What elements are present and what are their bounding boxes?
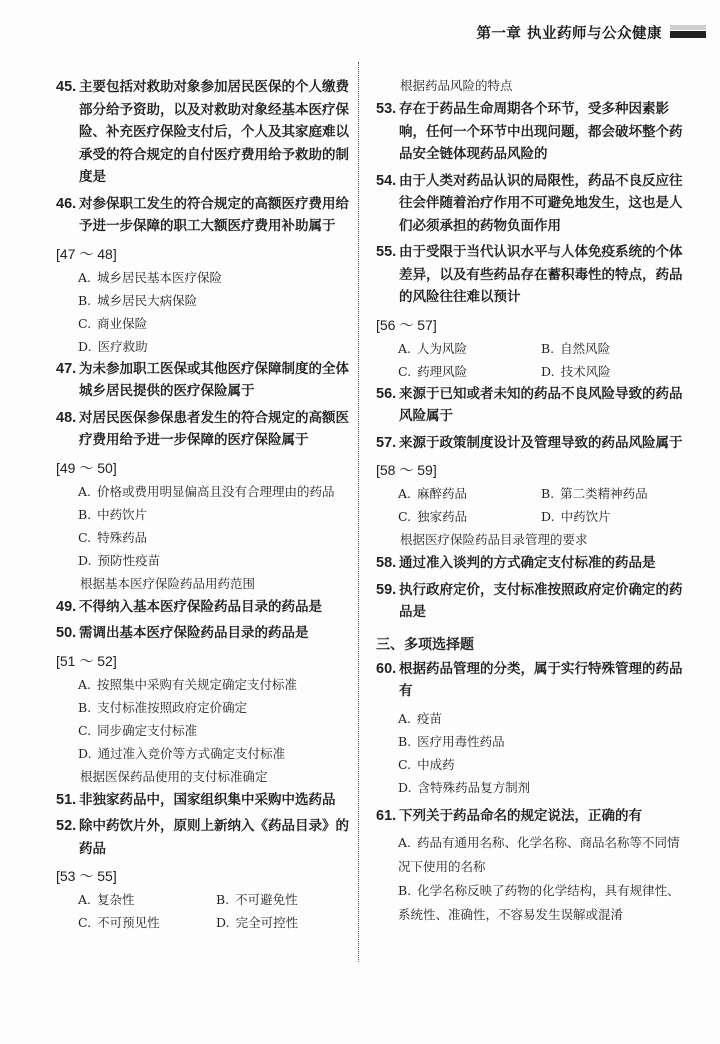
question-number: 45. [56,76,79,189]
question-number: 51. [56,789,79,812]
question-53: 53. 存在于药品生命周期各个环节，受多种因素影响，任何一个环节中出现问题，都会… [376,98,684,166]
option-d: D.通过准入竞价等方式确定支付标准 [56,742,354,765]
question-61: 61. 下列关于药品命名的规定说法，正确的有 [376,805,684,828]
question-55: 55. 由于受限于当代认识水平与人体免疫系统的个体差异，以及有些药品存在蓄积毒性… [376,241,684,309]
option-b: B.化学名称反映了药物的化学结构，具有规律性、系统性、准确性，不容易发生误解或混… [376,879,684,927]
question-57: 57. 来源于政策制度设计及管理导致的药品风险属于 [376,432,684,455]
question-number: 47. [56,358,79,403]
group-instruction: 根据医保药品使用的支付标准确定 [56,765,354,789]
chapter-title: 第一章 执业药师与公众健康 [476,22,662,43]
question-text: 不得纳入基本医疗保险药品目录的药品是 [79,596,354,619]
option-b: B.城乡居民大病保险 [56,289,354,312]
option-c: C.药理风险 [398,360,541,383]
question-56: 56. 来源于已知或者未知的药品不良风险导致的药品风险属于 [376,383,684,428]
question-number: 46. [56,193,79,238]
option-a: A.疫苗 [376,707,684,730]
question-50: 50. 需调出基本医疗保险药品目录的药品是 [56,622,354,645]
left-column: 45. 主要包括对救助对象参加居民医保的个人缴费部分给予资助，以及对救助对象经基… [56,76,354,934]
options-grid: A.麻醉药品 B.第二类精神药品 C.独家药品 D.中药饮片 [376,482,684,528]
option-a: A.城乡居民基本医疗保险 [56,266,354,289]
question-text: 对参保职工发生的符合规定的高额医疗费用给予进一步保障的职工大额医疗费用补助属于 [79,193,354,238]
option-a: A.药品有通用名称、化学名称、商品名称等不同情况下使用的名称 [376,831,684,879]
option-c: C.特殊药品 [56,526,354,549]
question-46: 46. 对参保职工发生的符合规定的高额医疗费用给予进一步保障的职工大额医疗费用补… [56,193,354,238]
question-text: 由于受限于当代认识水平与人体免疫系统的个体差异，以及有些药品存在蓄积毒性的特点，… [399,241,684,309]
question-text: 除中药饮片外，原则上新纳入《药品目录》的药品 [79,815,354,860]
group-label-51-52: [51 ～ 52] [56,651,354,671]
option-b: B.支付标准按照政府定价确定 [56,696,354,719]
question-text: 存在于药品生命周期各个环节，受多种因素影响，任何一个环节中出现问题，都会破坏整个… [399,98,684,166]
question-number: 48. [56,407,79,452]
option-b: B.不可避免性 [216,888,354,911]
section-title: 三、多项选择题 [376,634,684,654]
option-c: C.不可预见性 [78,911,216,934]
group-instruction: 根据基本医疗保险药品用药范围 [56,572,354,596]
question-text: 非独家药品中，国家组织集中采购中选药品 [79,789,354,812]
question-number: 55. [376,241,399,309]
option-b: B.自然风险 [541,337,684,360]
question-51: 51. 非独家药品中，国家组织集中采购中选药品 [56,789,354,812]
option-b: B.医疗用毒性药品 [376,730,684,753]
group-label-56-57: [56 ～ 57] [376,315,684,335]
option-c: C.中成药 [376,753,684,776]
option-b: B.第二类精神药品 [541,482,684,505]
question-text: 为未参加职工医保或其他医疗保障制度的全体城乡居民提供的医疗保险属于 [79,358,354,403]
option-d: D.中药饮片 [541,505,684,528]
question-58: 58. 通过准入谈判的方式确定支付标准的药品是 [376,552,684,575]
question-text: 由于人类对药品认识的局限性，药品不良反应往往会伴随着治疗作用不可避免地发生，这也… [399,170,684,238]
option-a: A.人为风险 [398,337,541,360]
question-text: 下列关于药品命名的规定说法，正确的有 [399,805,684,828]
question-60: 60. 根据药品管理的分类，属于实行特殊管理的药品有 [376,658,684,703]
question-number: 61. [376,805,399,828]
question-54: 54. 由于人类对药品认识的局限性，药品不良反应往往会伴随着治疗作用不可避免地发… [376,170,684,238]
question-text: 来源于已知或者未知的药品不良风险导致的药品风险属于 [399,383,684,428]
question-45: 45. 主要包括对救助对象参加居民医保的个人缴费部分给予资助，以及对救助对象经基… [56,76,354,189]
question-number: 50. [56,622,79,645]
group-label-49-50: [49 ～ 50] [56,458,354,478]
question-number: 60. [376,658,399,703]
question-49: 49. 不得纳入基本医疗保险药品目录的药品是 [56,596,354,619]
group-instruction: 根据医疗保险药品目录管理的要求 [376,528,684,552]
question-48: 48. 对居民医保参保患者发生的符合规定的高额医疗费用给予进一步保障的医疗保险属… [56,407,354,452]
option-d: D.医疗救助 [56,335,354,358]
question-text: 通过准入谈判的方式确定支付标准的药品是 [399,552,684,575]
question-52: 52. 除中药饮片外，原则上新纳入《药品目录》的药品 [56,815,354,860]
option-a: A.价格或费用明显偏高且没有合理理由的药品 [56,480,354,503]
options-grid: A.复杂性 B.不可避免性 C.不可预见性 D.完全可控性 [56,888,354,934]
group-instruction: 根据药品风险的特点 [376,74,684,98]
option-a: A.复杂性 [78,888,216,911]
question-number: 59. [376,579,399,624]
chapter-tab-marker [670,25,706,39]
question-number: 56. [376,383,399,428]
question-number: 58. [376,552,399,575]
question-59: 59. 执行政府定价，支付标准按照政府定价确定的药品是 [376,579,684,624]
group-label-47-48: [47 ～ 48] [56,244,354,264]
question-text: 对居民医保参保患者发生的符合规定的高额医疗费用给予进一步保障的医疗保险属于 [79,407,354,452]
group-label-58-59: [58 ～ 59] [376,460,684,480]
question-text: 主要包括对救助对象参加居民医保的个人缴费部分给予资助，以及对救助对象经基本医疗保… [79,76,354,189]
option-c: C.商业保险 [56,312,354,335]
question-text: 根据药品管理的分类，属于实行特殊管理的药品有 [399,658,684,703]
question-number: 52. [56,815,79,860]
option-c: C.独家药品 [398,505,541,528]
question-text: 来源于政策制度设计及管理导致的药品风险属于 [399,432,684,455]
option-c: C.同步确定支付标准 [56,719,354,742]
option-d: D.预防性疫苗 [56,549,354,572]
option-a: A.按照集中采购有关规定确定支付标准 [56,673,354,696]
page-header: 第一章 执业药师与公众健康 [476,20,706,44]
option-d: D.完全可控性 [216,911,354,934]
option-d: D.技术风险 [541,360,684,383]
question-number: 53. [376,98,399,166]
option-d: D.含特殊药品复方制剂 [376,776,684,799]
group-label-53-55: [53 ～ 55] [56,866,354,886]
question-text: 执行政府定价，支付标准按照政府定价确定的药品是 [399,579,684,624]
options-grid: A.人为风险 B.自然风险 C.药理风险 D.技术风险 [376,337,684,383]
option-a: A.麻醉药品 [398,482,541,505]
column-divider [358,62,359,962]
question-number: 57. [376,432,399,455]
question-47: 47. 为未参加职工医保或其他医疗保障制度的全体城乡居民提供的医疗保险属于 [56,358,354,403]
question-number: 49. [56,596,79,619]
option-b: B.中药饮片 [56,503,354,526]
question-number: 54. [376,170,399,238]
right-column: 根据药品风险的特点 53. 存在于药品生命周期各个环节，受多种因素影响，任何一个… [376,76,684,927]
question-text: 需调出基本医疗保险药品目录的药品是 [79,622,354,645]
